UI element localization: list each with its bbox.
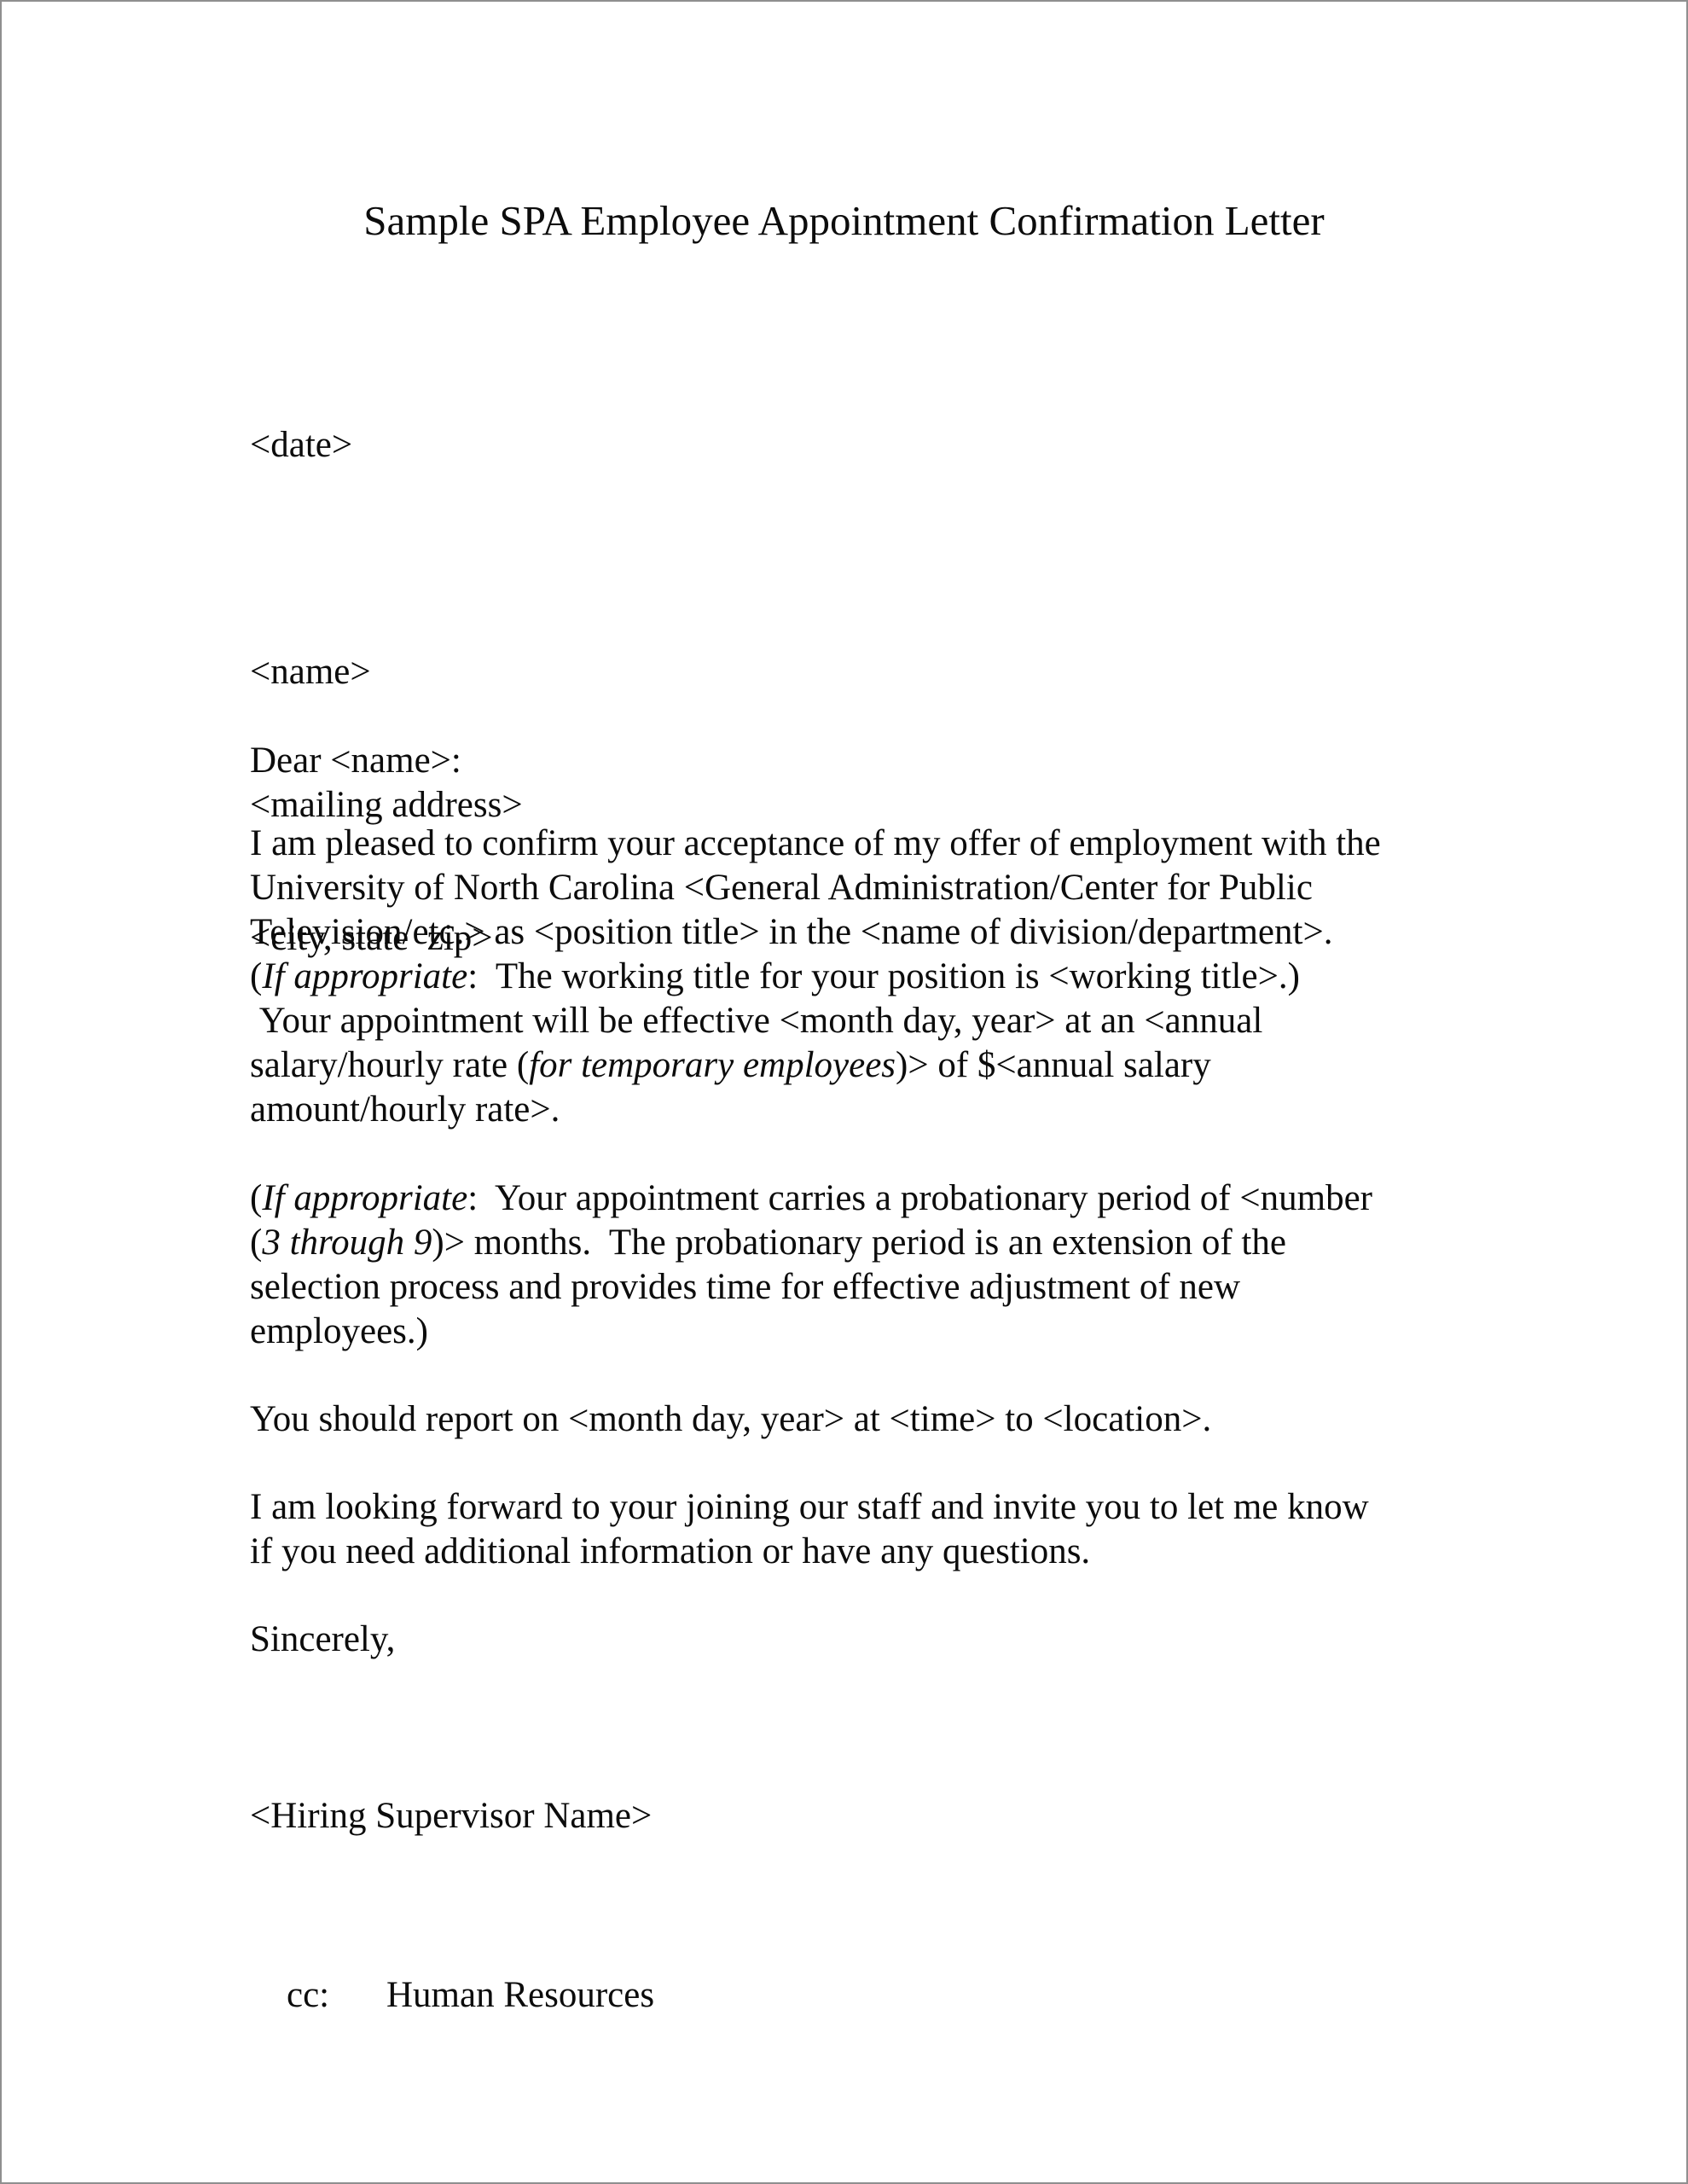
- letter-page: Sample SPA Employee Appointment Confirma…: [0, 0, 1688, 2184]
- signature-placeholder: <Hiring Supervisor Name>: [250, 1794, 1581, 1838]
- date-placeholder: <date>: [250, 423, 1581, 468]
- salutation: Dear <name>:: [250, 739, 1581, 783]
- letter-title: Sample SPA Employee Appointment Confirma…: [2, 197, 1686, 245]
- cc-label: cc:: [287, 1973, 386, 2018]
- paragraph-report-date: You should report on <month day, year> a…: [250, 1397, 1581, 1442]
- recipient-name-line: <name>: [250, 650, 1581, 694]
- cc-value: Human Resources: [386, 1975, 654, 2015]
- paragraph-probationary-period: (If appropriate: Your appointment carrie…: [250, 1176, 1581, 1354]
- cc-line: cc:Human Resources: [250, 1929, 1581, 2062]
- paragraph-looking-forward: I am looking forward to your joining our…: [250, 1485, 1581, 1574]
- closing-sincerely: Sincerely,: [250, 1618, 1581, 1662]
- paragraph-offer-confirmation: I am pleased to confirm your acceptance …: [250, 822, 1581, 1132]
